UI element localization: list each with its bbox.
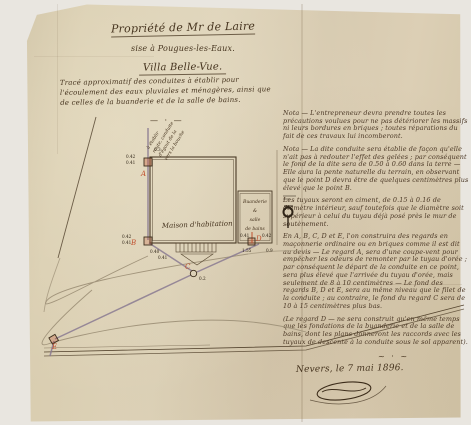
photo-background: Propriété de Mr de Laire sise à Pougues-…	[0, 0, 471, 425]
notes-paragraph-4: En A, B, C, D et E, l'on construira des …	[283, 233, 469, 310]
notes-paragraph-5: (Le regard D — ne sera construit qu'en m…	[283, 316, 469, 347]
nota-paragraph-1: Nota — L'entrepreneur devra prendre tout…	[283, 110, 469, 141]
separator-flourish-top: — · —	[150, 116, 184, 125]
document-description: Tracé approximatif des conduites à établ…	[60, 75, 282, 108]
title-block: Propriété de Mr de Laire sise à Pougues-…	[88, 16, 278, 75]
vertical-fold-crease-left	[57, 4, 58, 154]
notes-column: Nota — L'entrepreneur devra prendre tout…	[283, 110, 469, 352]
document-subtitle-location: sise à Pougues-les-Eaux.	[131, 44, 235, 53]
notes-paragraph-3: Les tuyaux seront en ciment, de 0.15 à 0…	[283, 197, 469, 228]
nota-paragraph-2: Nota — La dite conduite sera établie de …	[283, 146, 469, 192]
separator-flourish-signature: ~ · ~	[378, 352, 409, 361]
document-subtitle-villa: Villa Belle-Vue.	[139, 61, 227, 75]
signature-place-date: Nevers, le 7 mai 1896.	[296, 363, 404, 375]
document-title: Propriété de Mr de Laire	[111, 19, 255, 37]
